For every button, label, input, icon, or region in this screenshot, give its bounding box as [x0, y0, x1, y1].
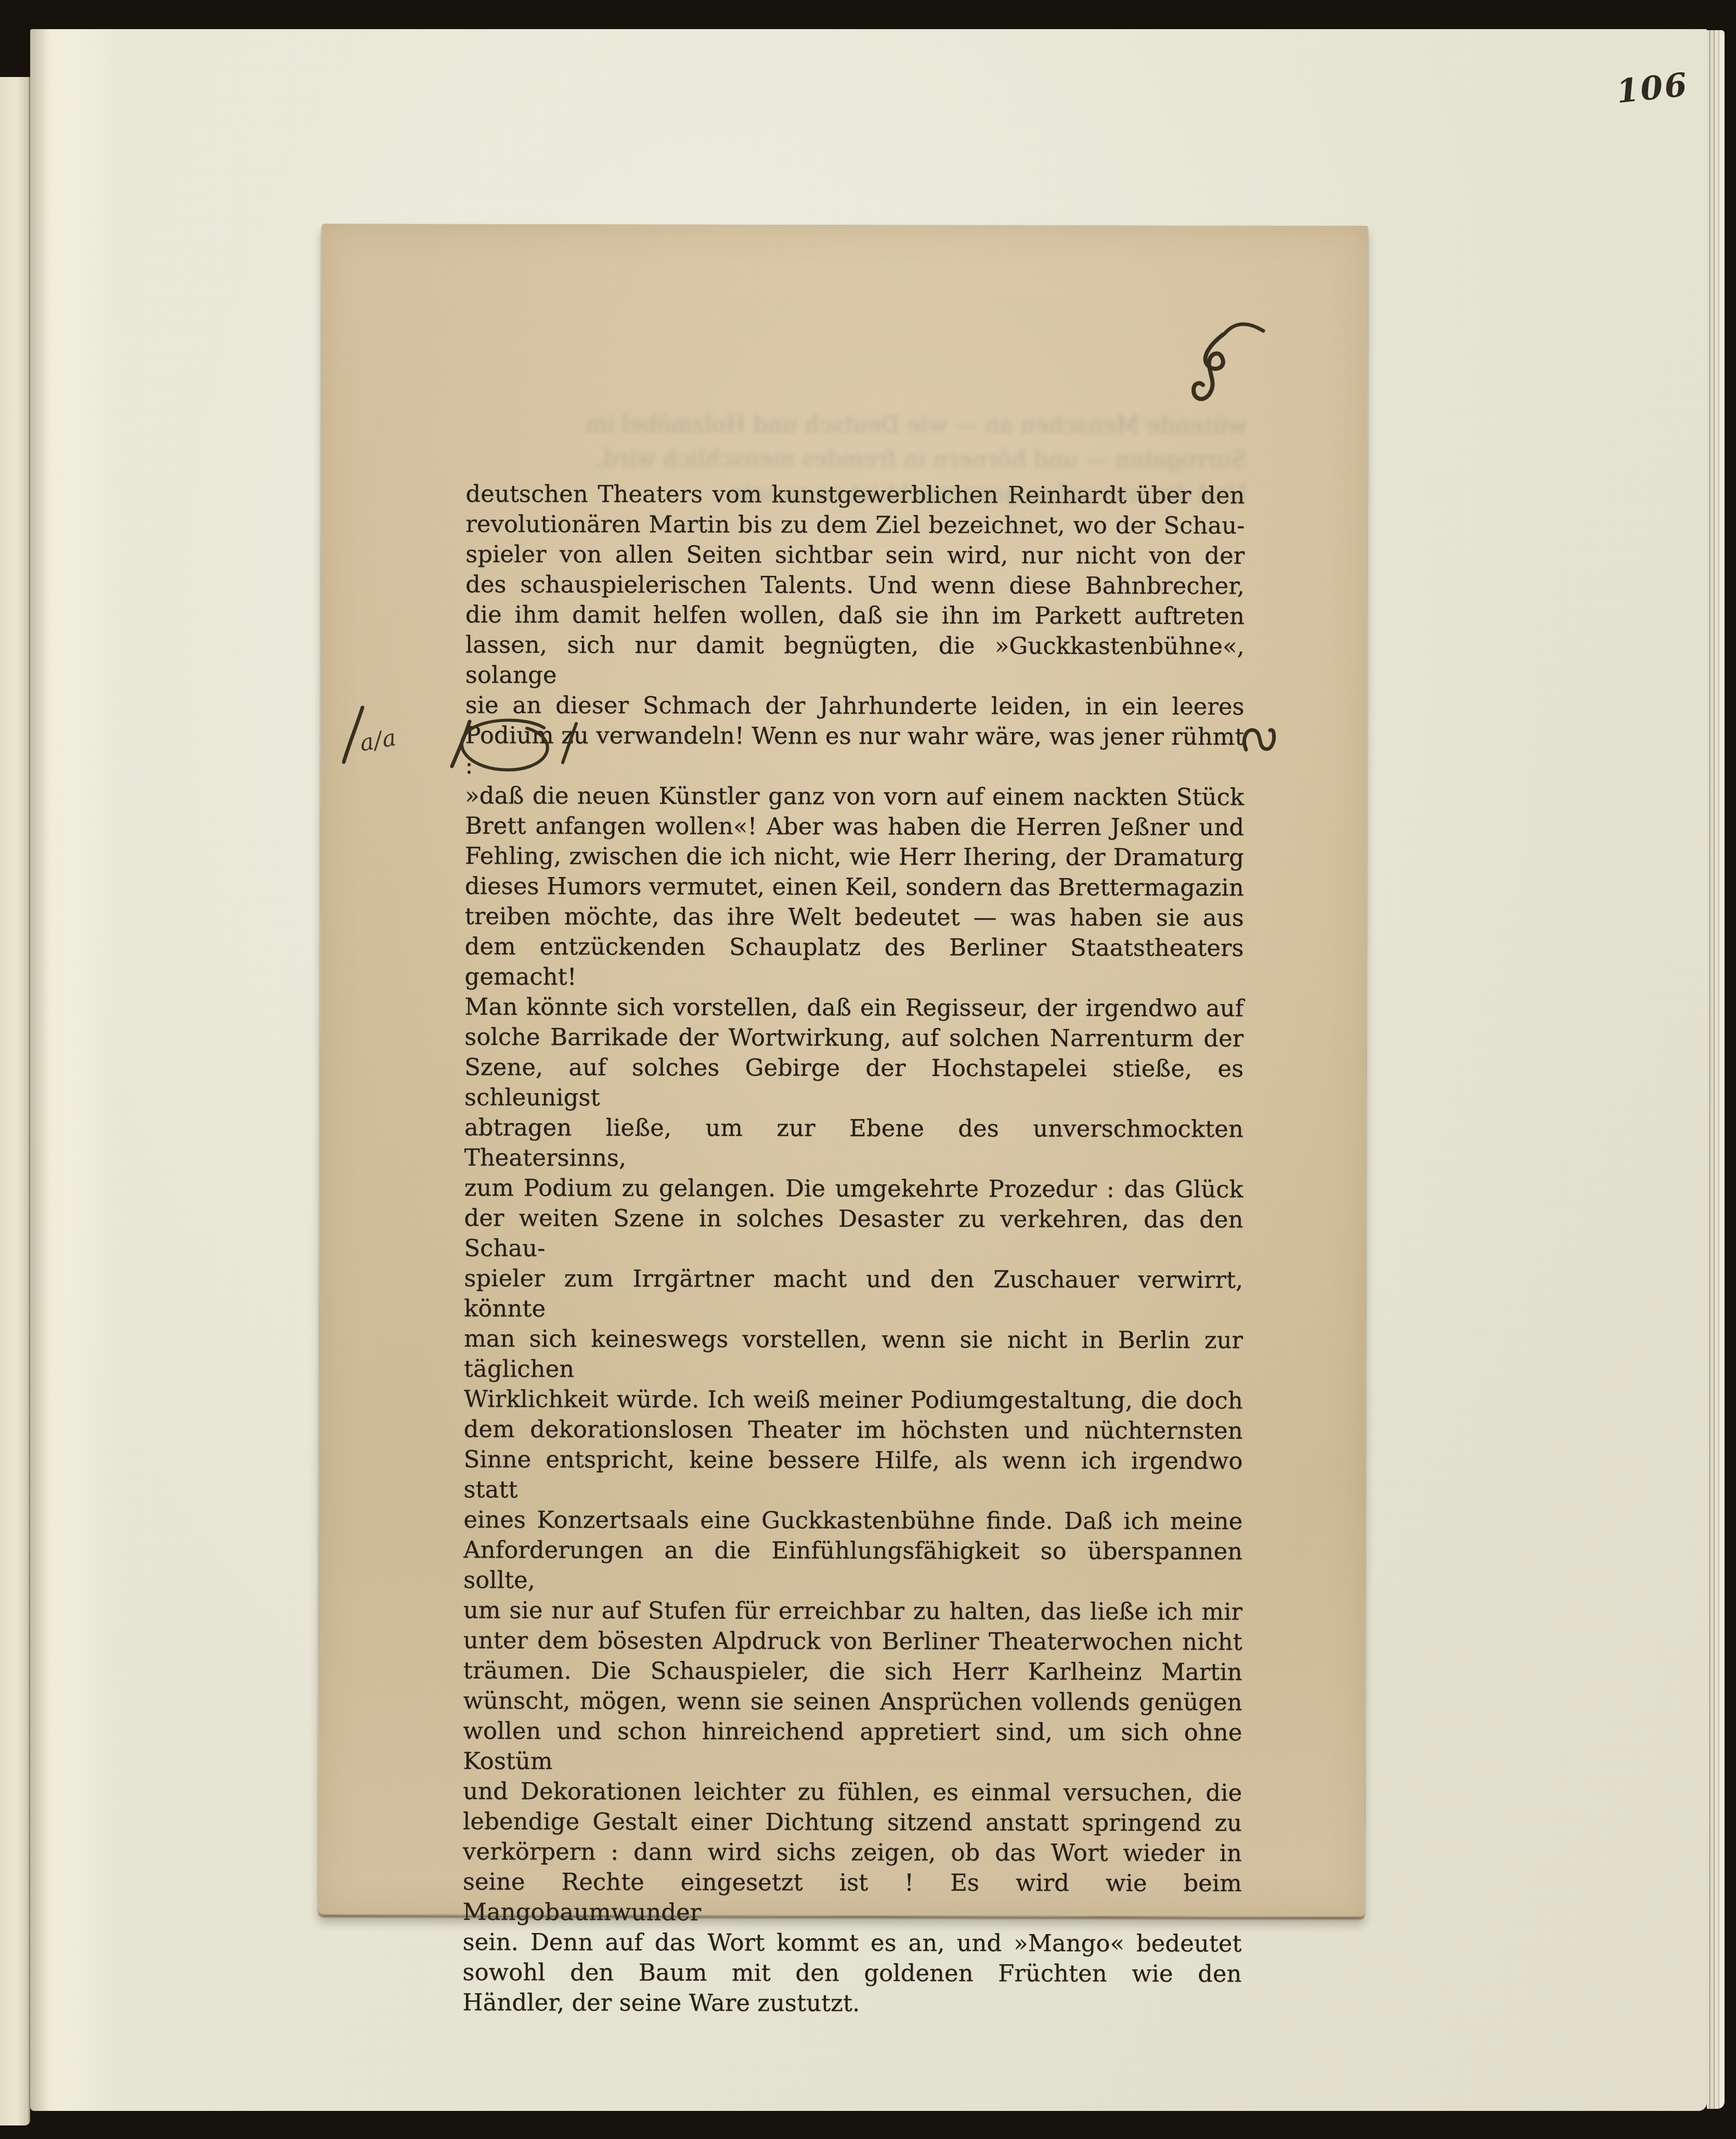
text-line: Man könnte sich vorstellen, daß ein Regi… — [464, 991, 1243, 1023]
text-line: Händler, der seine Ware zustutzt. — [462, 1987, 1241, 2019]
text-line: spieler von allen Seiten sichtbar sein w… — [465, 539, 1245, 571]
text-line: Wirklichkeit würde. Ich weiß meiner Podi… — [464, 1384, 1243, 1415]
text-line: wütende Menschen an — wie Deutsch und Ho… — [477, 407, 1247, 443]
text-line: sie an dieser Schmach der Jahrhunderte l… — [465, 690, 1244, 721]
text-line: Brett anfangen wollen«! Aber was haben d… — [465, 810, 1244, 842]
pasted-clipping: wütende Menschen an — wie Deutsch und Ho… — [318, 224, 1368, 1917]
text-line: spieler zum Irrgärtner macht und den Zus… — [464, 1263, 1243, 1325]
text-line: verkörpern : dann wird sichs zeigen, ob … — [463, 1836, 1242, 1868]
text-line: Podium zu verwandeln! Wenn es nur wahr w… — [465, 720, 1244, 782]
text-line: des schauspielerischen Talents. Und wenn… — [465, 569, 1245, 601]
text-line: sein. Denn auf das Wort kommt es an, und… — [462, 1927, 1241, 1958]
text-line: lassen, sich nur damit begnügten, die »G… — [465, 629, 1245, 691]
text-line: dem entzückenden Schauplatz des Berliner… — [464, 931, 1243, 993]
text-line: eines Konzertsaals eine Guckkastenbühne … — [463, 1504, 1242, 1536]
text-line: lebendige Gestalt einer Dichtung sitzend… — [463, 1806, 1242, 1838]
text-line: wollen und schon hinreichend appretiert … — [463, 1716, 1242, 1777]
text-line: die ihm damit helfen wollen, daß sie ihn… — [465, 599, 1245, 631]
text-line: Szene, auf solches Gebirge der Hochstape… — [464, 1052, 1243, 1114]
gutter-fold-shading — [30, 29, 119, 2111]
text-line: um sie nur auf Stufen für erreichbar zu … — [463, 1595, 1242, 1627]
text-line: dem dekorationslosen Theater im höchsten… — [463, 1414, 1242, 1446]
text-line: abtragen ließe, um zur Ebene des unversc… — [464, 1112, 1243, 1174]
text-line: revolutionären Martin bis zu dem Ziel be… — [465, 509, 1245, 540]
stacked-page-edges — [1707, 30, 1725, 2109]
text-line: und Dekorationen leichter zu fühlen, es … — [463, 1776, 1242, 1808]
handwritten-page-number: 106 — [1615, 65, 1696, 110]
text-line: Anforderungen an die Einfühlungsfähigkei… — [463, 1535, 1242, 1596]
text-line: Surrogaten — und hörnern in fremdes mens… — [477, 442, 1247, 478]
text-line: sowohl den Baum mit den goldenen Früchte… — [462, 1957, 1241, 1989]
text-line: dieses Humors vermutet, einen Keil, sond… — [465, 871, 1244, 903]
text-line: solche Barrikade der Wortwirkung, auf so… — [464, 1022, 1243, 1053]
text-line: »daß die neuen Künstler ganz von vorn au… — [465, 780, 1244, 812]
text-line: seine Rechte eingesetzt ist ! Es wird wi… — [463, 1866, 1242, 1928]
text-line: treiben möchte, das ihre Welt bedeutet —… — [465, 901, 1244, 933]
text-line: wünscht, mögen, wenn sie seinen Ansprüch… — [463, 1685, 1242, 1717]
text-line: der weiten Szene in solches Desaster zu … — [464, 1203, 1243, 1265]
text-line: unter dem bösesten Alpdruck von Berliner… — [463, 1625, 1242, 1657]
text-line: man sich keineswegs vorstellen, wenn sie… — [464, 1323, 1243, 1385]
printed-text-block: deutschen Theaters vom kunstgewerblichen… — [462, 479, 1245, 2019]
text-line: träumen. Die Schauspieler, die sich Herr… — [463, 1655, 1242, 1687]
book-scan: 106 wütende Menschen an — wie Deutsch un… — [0, 0, 1736, 2139]
text-line: Fehling, zwischen die ich nicht, wie Her… — [465, 841, 1244, 872]
text-line: deutschen Theaters vom kunstgewerblichen… — [465, 479, 1245, 510]
text-line: Sinne entspricht, keine bessere Hilfe, a… — [463, 1444, 1242, 1506]
text-line: zum Podium zu gelangen. Die umgekehrte P… — [464, 1172, 1243, 1204]
facing-page-edge — [0, 77, 30, 2125]
